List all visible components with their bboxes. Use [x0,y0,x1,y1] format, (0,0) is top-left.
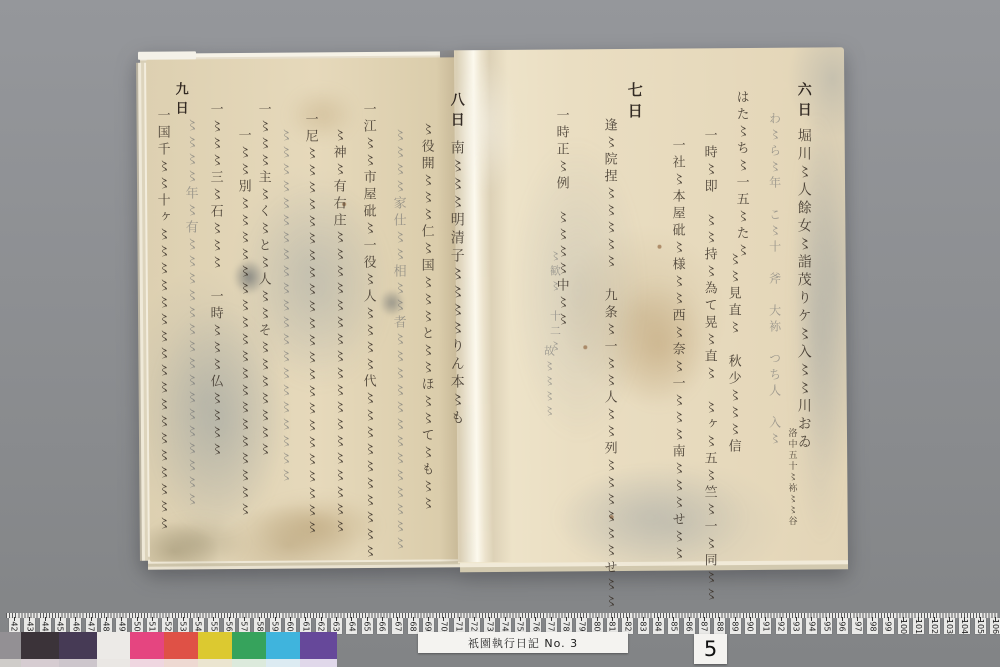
ruler-number-label: 71 [455,621,464,631]
ruler-number-label: 95 [822,621,831,631]
ruler-number-label: 47 [87,621,96,631]
ruler-number-label: 49 [117,621,126,631]
ruler-number-label: 88 [715,621,724,631]
color-patch-cyan [266,632,300,659]
color-patch-black [21,632,59,659]
color-calibration-bar [0,632,340,667]
ruler-number-label: 58 [255,621,264,631]
ruler-number-label: 54 [194,621,203,631]
color-patch-tint-dark-purple [59,659,97,667]
stain [286,87,356,143]
ruler-number-label: 75 [516,621,525,631]
foxing-spot [583,345,587,349]
ruler-number-label: 46 [71,621,80,631]
color-patch-white [97,632,130,659]
ruler-number-label: 65 [363,621,372,631]
stain [608,279,709,410]
ruler-number-label: 96 [838,621,847,631]
ruler-number: 106 [990,618,1000,634]
ruler-number-label: 48 [102,621,111,631]
ruler-number-label: 83 [639,621,648,631]
color-patch-tint-black [21,659,59,667]
ruler-number-label: 99 [884,621,893,631]
ruler-number: 64 [346,618,357,634]
ruler-number-label: 50 [133,621,142,631]
ruler-number-label: 63 [332,621,341,631]
ruler-number-label: 92 [777,621,786,631]
caption-label: 祇園執行日記 No. 3 [468,635,578,651]
color-patch-tint-green [232,659,266,667]
ruler-number-label: 76 [531,621,540,631]
ruler-number-label: 45 [56,621,65,631]
ruler-number-label: 60 [286,621,295,631]
ruler-number: 97 [852,618,863,634]
color-patch-tint-gray [0,659,21,667]
ruler-number: 83 [638,618,649,634]
color-patch-green [232,632,266,659]
ruler-number-label: 67 [393,621,402,631]
ruler-number-label: 100 [899,618,908,633]
ruler-number-label: 69 [424,621,433,631]
ruler-number: 98 [867,618,878,634]
color-patch-tint-cyan [266,659,300,667]
ruler-number-label: 105 [976,618,985,633]
ruler-number: 65 [362,618,373,634]
caption-card: 祇園執行日記 No. 3 [418,632,628,653]
ruler-number-label: 62 [317,621,326,631]
ruler-number-label: 103 [945,618,954,633]
color-patch-tint-magenta [130,659,164,667]
ruler-number: 99 [883,618,894,634]
color-patch-tint-yellow [198,659,232,667]
ruler-number-label: 43 [25,621,34,631]
ruler-number-label: 87 [700,621,709,631]
ruler-number-label: 42 [10,621,19,631]
color-patch-yellow [198,632,232,659]
color-patch-red [164,632,198,659]
ruler-number-label: 101 [914,618,923,633]
stain [242,182,394,393]
ruler-number-label: 64 [347,621,356,631]
ruler-number-label: 53 [179,621,188,631]
ruler-number-label: 68 [409,621,418,631]
ruler-number-label: 86 [685,621,694,631]
ruler-number-label: 79 [577,621,586,631]
ruler-number: 103 [944,618,955,634]
ruler-number: 102 [929,618,940,634]
color-patch-dark-purple [59,632,97,659]
ruler-number: 85 [668,618,679,634]
ruler-number-label: 74 [501,621,510,631]
ruler-number: 66 [377,618,388,634]
ruler-number-label: 89 [731,621,740,631]
ruler-number: 90 [745,618,756,634]
foxing-spot [342,202,346,206]
ruler-number-label: 85 [669,621,678,631]
ruler-number-label: 70 [439,621,448,631]
ruler-number-label: 72 [470,621,479,631]
ruler-number-label: 82 [623,621,632,631]
color-patch-tint-red [164,659,198,667]
ruler-number: 94 [806,618,817,634]
ruler-number: 105 [975,618,986,634]
ruler-number-label: 61 [301,621,310,631]
ruler-number: 104 [959,618,970,634]
ruler-number: 101 [913,618,924,634]
ruler-number-label: 52 [163,621,172,631]
page-number-card: 5 [694,634,727,664]
archival-photo: 六日堀川〻人餘女〻詣茂りケ〻入〻〻川おゐわ〻ら〻年 こ〻十 斧 大袮 つち人 入… [0,0,1000,667]
ruler-number-label: 90 [746,621,755,631]
color-patch-tint-white [97,659,130,667]
ruler-number-label: 84 [654,621,663,631]
foxing-spot [610,515,614,519]
ruler-number: 84 [653,618,664,634]
ruler-number-label: 57 [240,621,249,631]
ruler-number-label: 93 [792,621,801,631]
ruler-number-label: 55 [209,621,218,631]
ruler-number: 68 [408,618,419,634]
ruler-number: 87 [699,618,710,634]
color-patch-tint-purple [300,659,337,667]
ruler-number-label: 81 [608,621,617,631]
ruler-number: 93 [791,618,802,634]
ruler-number-label: 44 [41,621,50,631]
ruler-number: 92 [776,618,787,634]
ruler-number: 91 [760,618,771,634]
ruler-number-label: 91 [761,621,770,631]
manuscript-book [136,43,854,575]
ruler-number-label: 51 [148,621,157,631]
ruler-number: 95 [821,618,832,634]
ruler-number-label: 77 [547,621,556,631]
ruler-number-label: 56 [225,621,234,631]
stain [454,61,515,191]
ruler-number-label: 94 [807,621,816,631]
ruler-number-label: 102 [930,618,939,633]
ruler-number: 86 [684,618,695,634]
ruler-number-label: 104 [960,618,969,633]
ruler-number: 88 [714,618,725,634]
ruler-number-label: 106 [991,618,1000,633]
ink-blot [234,260,264,294]
ruler-number-label: 97 [853,621,862,631]
ruler-number: 67 [392,618,403,634]
color-patch-gray [0,632,21,659]
ruler-number-label: 80 [593,621,602,631]
foxing-spot [658,245,662,249]
color-patch-purple [300,632,337,659]
ruler-number-label: 78 [562,621,571,631]
page-number: 5 [704,637,717,661]
ink-blot [380,290,404,316]
ruler-number-label: 98 [868,621,877,631]
ruler-number-label: 66 [378,621,387,631]
color-patch-magenta [130,632,164,659]
ruler-number: 96 [837,618,848,634]
ruler-number: 100 [898,618,909,634]
ruler-number: 89 [730,618,741,634]
ruler-number-label: 59 [271,621,280,631]
ruler-number-label: 73 [485,621,494,631]
